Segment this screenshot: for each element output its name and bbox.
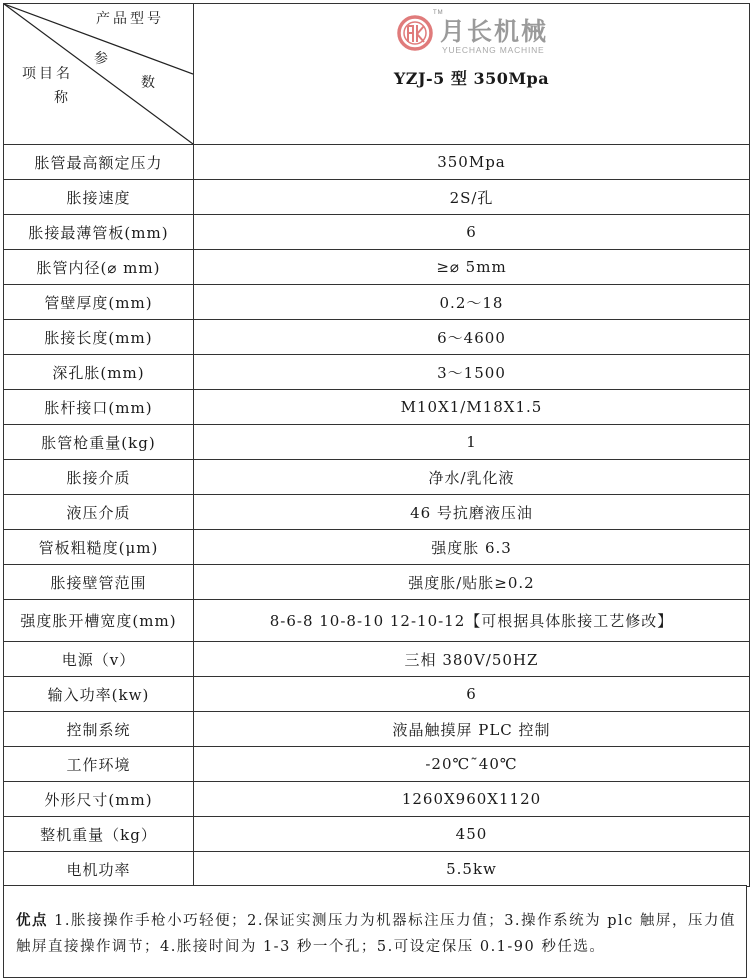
spec-label: 胀接长度(mm) [4,320,194,355]
spec-label: 胀接介质 [4,460,194,495]
spec-row: 管壁厚度(mm)0.2～18 [4,285,750,320]
model-header-cell: TM 月长机械 YUECHANG MACHINE YZJ-5 型 350Mpa [194,4,750,145]
spec-label: 胀接速度 [4,180,194,215]
spec-label: 管板粗糙度(μm) [4,530,194,565]
spec-row: 工作环境-20℃˜40℃ [4,747,750,782]
spec-row: 输入功率(kw)6 [4,677,750,712]
spec-value: 3～1500 [194,355,750,390]
spec-row: 胀管最高额定压力350Mpa [4,145,750,180]
spec-row: 外形尺寸(mm)1260X960X1120 [4,782,750,817]
spec-label: 电机功率 [4,852,194,887]
spec-row: 液压介质46 号抗磨液压油 [4,495,750,530]
spec-row: 胀杆接口(mm)M10X1/M18X1.5 [4,390,750,425]
spec-label: 工作环境 [4,747,194,782]
spec-value: ≥⌀ 5mm [194,250,750,285]
product-model-label: 产品型号 [96,8,164,28]
spec-row: 深孔胀(mm)3～1500 [4,355,750,390]
spec-row: 电机功率5.5kw [4,852,750,887]
spec-row: 控制系统液晶触摸屏 PLC 控制 [4,712,750,747]
brand-name-en: YUECHANG MACHINE [442,45,545,55]
param-label-char-1: 参 [94,48,109,68]
spec-row: 管板粗糙度(μm)强度胀 6.3 [4,530,750,565]
spec-label: 深孔胀(mm) [4,355,194,390]
model-name: YZJ-5 型 350Mpa [194,66,749,89]
spec-label: 胀接壁管范围 [4,565,194,600]
spec-value: 强度胀/贴胀≥0.2 [194,565,750,600]
spec-value: 350Mpa [194,145,750,180]
spec-row: 胀接最薄管板(mm)6 [4,215,750,250]
spec-row: 胀管枪重量(kg)1 [4,425,750,460]
spec-row: 电源（v）三相 380V/50HZ [4,642,750,677]
spec-value: 6 [194,215,750,250]
spec-label: 管壁厚度(mm) [4,285,194,320]
diagonal-header-cell: 产品型号 参 数 项目名 称 [4,4,194,145]
spec-label: 胀管最高额定压力 [4,145,194,180]
spec-row: 胀管内径(⌀ mm)≥⌀ 5mm [4,250,750,285]
spec-value: 46 号抗磨液压油 [194,495,750,530]
spec-value: 2S/孔 [194,180,750,215]
spec-label: 胀杆接口(mm) [4,390,194,425]
spec-label: 电源（v） [4,642,194,677]
spec-row: 强度胀开槽宽度(mm)8-6-8 10-8-10 12-10-12【可根据具体胀… [4,600,750,642]
spec-label: 胀管枪重量(kg) [4,425,194,460]
spec-label: 胀接最薄管板(mm) [4,215,194,250]
yuechang-logo-icon [397,15,433,51]
spec-table: 产品型号 参 数 项目名 称 TM 月长机械 [3,3,750,887]
spec-value: -20℃˜40℃ [194,747,750,782]
spec-value: 液晶触摸屏 PLC 控制 [194,712,750,747]
spec-row: 胀接介质净水/乳化液 [4,460,750,495]
spec-row: 胀接壁管范围强度胀/贴胀≥0.2 [4,565,750,600]
brand-logo: TM 月长机械 YUECHANG MACHINE [397,10,557,58]
spec-label: 胀管内径(⌀ mm) [4,250,194,285]
spec-label: 强度胀开槽宽度(mm) [4,600,194,642]
advantages-body: 1.胀接操作手枪小巧轻便；2.保证实测压力为机器标注压力值；3.操作系统为 pl… [16,913,736,955]
spec-label: 控制系统 [4,712,194,747]
spec-value: 5.5kw [194,852,750,887]
spec-value: M10X1/M18X1.5 [194,390,750,425]
param-label-char-2: 数 [141,72,156,92]
spec-value: 强度胀 6.3 [194,530,750,565]
advantages-section: 优点 1.胀接操作手枪小巧轻便；2.保证实测压力为机器标注压力值；3.操作系统为… [3,885,747,978]
spec-value: 450 [194,817,750,852]
spec-label: 整机重量（kg） [4,817,194,852]
spec-row: 胀接速度2S/孔 [4,180,750,215]
spec-value: 8-6-8 10-8-10 12-10-12【可根据具体胀接工艺修改】 [194,600,750,642]
brand-name-cn: 月长机械 [440,12,548,48]
spec-label: 液压介质 [4,495,194,530]
advantages-title: 优点 [16,913,48,929]
spec-value: 0.2～18 [194,285,750,320]
item-name-label: 项目名 称 [22,62,82,110]
spec-value: 6～4600 [194,320,750,355]
spec-label: 外形尺寸(mm) [4,782,194,817]
spec-value: 净水/乳化液 [194,460,750,495]
advantages-text: 优点 1.胀接操作手枪小巧轻便；2.保证实测压力为机器标注压力值；3.操作系统为… [16,908,736,960]
spec-value: 6 [194,677,750,712]
spec-value: 三相 380V/50HZ [194,642,750,677]
spec-row: 胀接长度(mm)6～4600 [4,320,750,355]
spec-label: 输入功率(kw) [4,677,194,712]
header-row: 产品型号 参 数 项目名 称 TM 月长机械 [4,4,750,145]
spec-row: 整机重量（kg）450 [4,817,750,852]
spec-value: 1260X960X1120 [194,782,750,817]
spec-value: 1 [194,425,750,460]
